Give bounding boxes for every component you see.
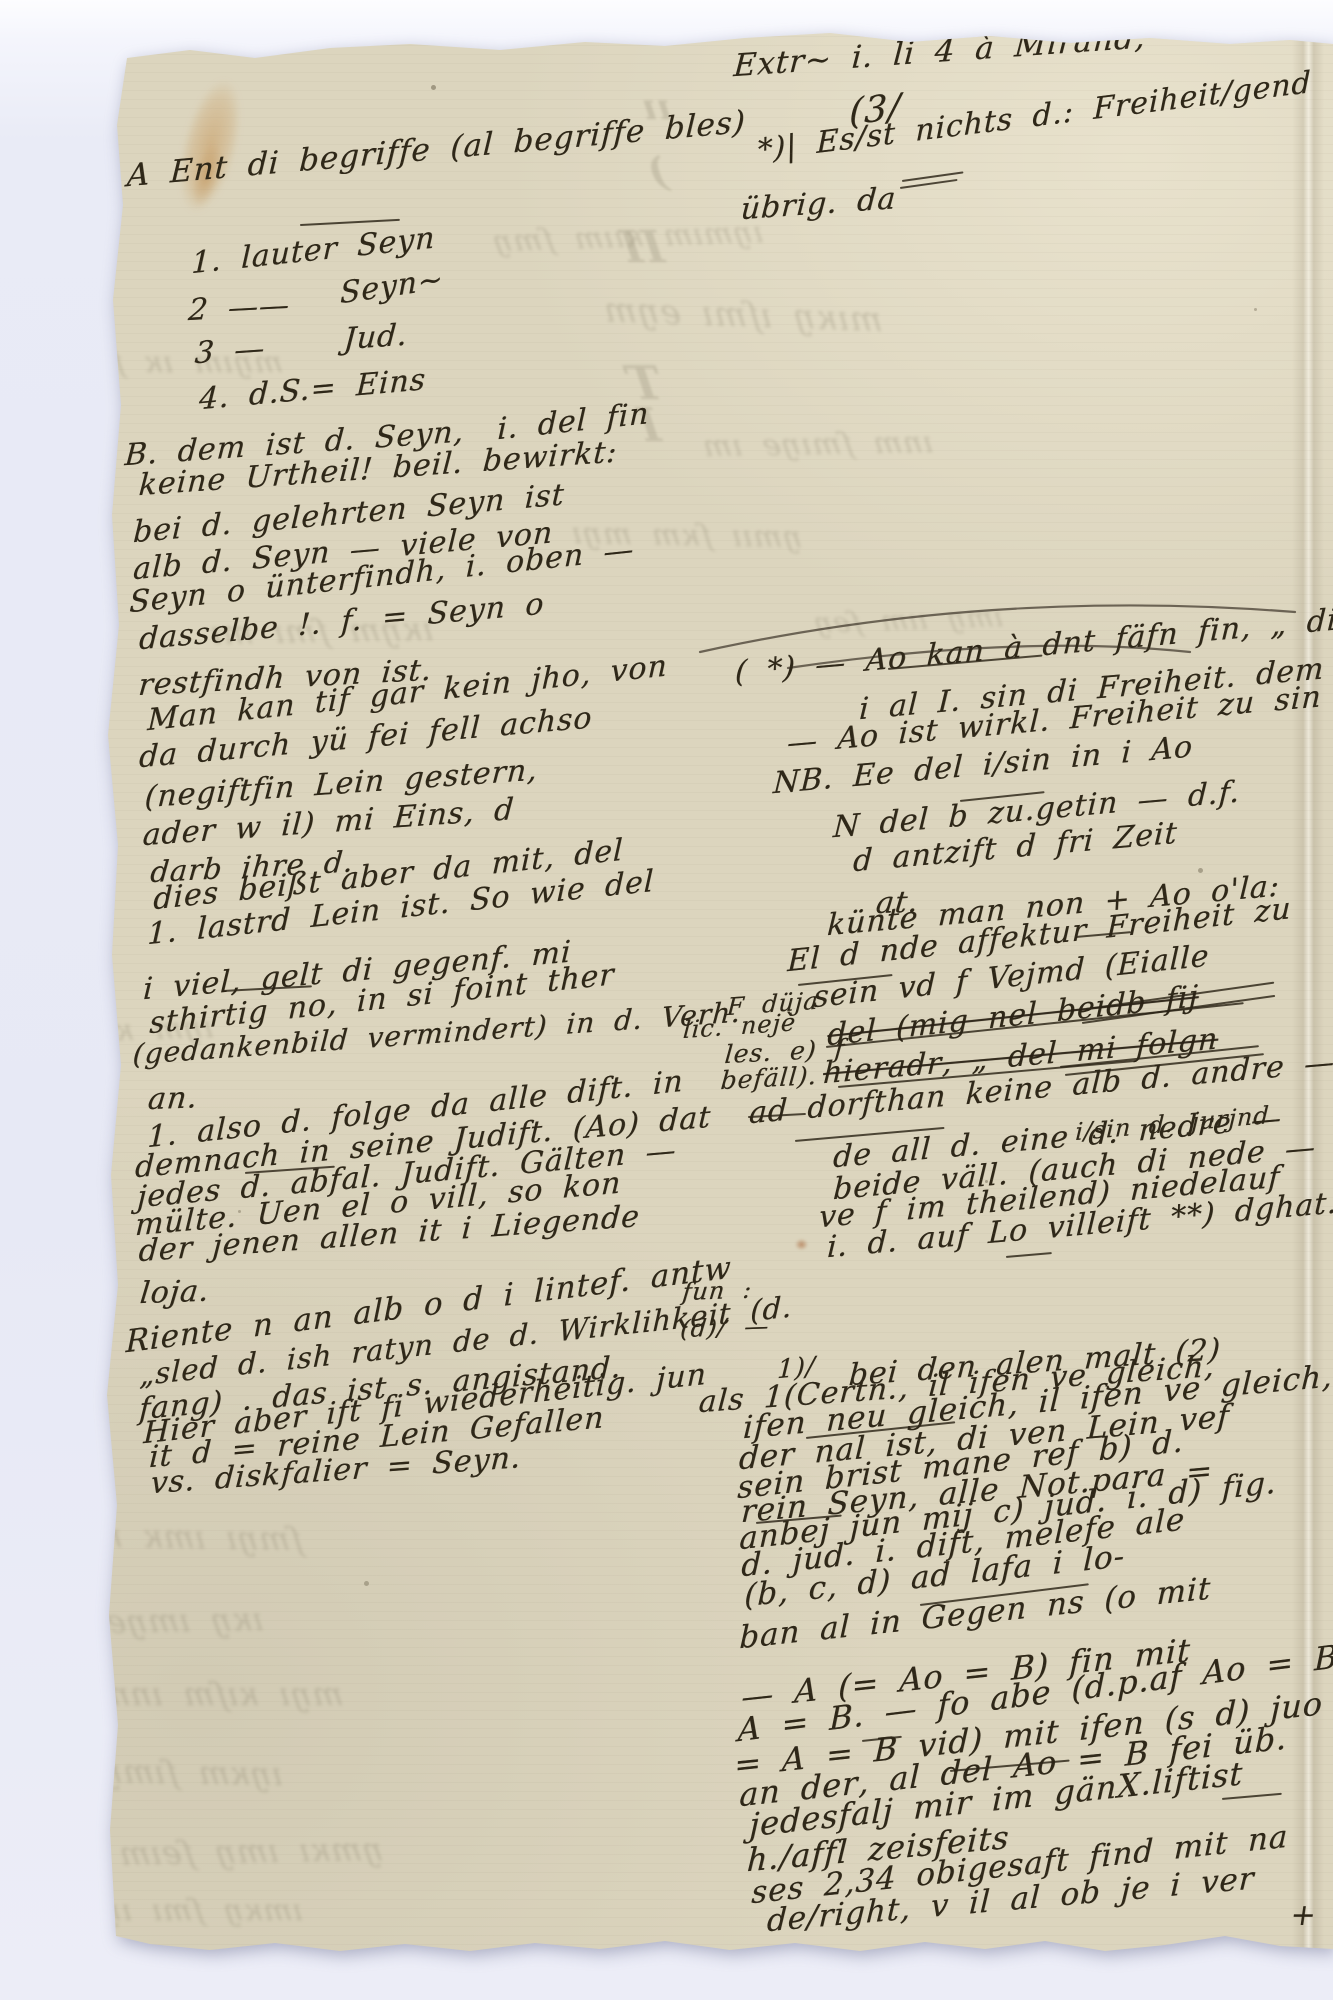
ghost-bleedthrough-line: ımĸŋ ſmı ıŋm <box>69 1893 305 1928</box>
paper-shadow: ıŋmım ĸıım ſmŋmıĸŋ ıſmı eŋmınm ſmıŋe ımŋ… <box>0 0 1333 2000</box>
ghost-bleedthrough-line: ) <box>644 148 671 195</box>
handwritten-line: befäll). <box>719 1061 818 1095</box>
handwritten-line: + <box>1288 1898 1319 1933</box>
handwritten-line: *)| Es/st nichts d.: Freiheit/gend <box>757 65 1311 168</box>
rust-spot <box>793 1237 810 1252</box>
ghost-bleedthrough-line: ıŋĸm ſımŋ ıĸ mŋı <box>0 1749 285 1793</box>
underline-stroke <box>1222 1793 1282 1801</box>
handwritten-line: Jud. <box>343 318 409 358</box>
ghost-bleedthrough-line: ſmŋı ımĸ mŋeım ıĸm <box>0 1513 305 1558</box>
ghost-bleedthrough-line: mŋı ĸıſm ınm ſeı <box>31 1675 345 1713</box>
handwritten-line: 3 — <box>194 331 267 371</box>
scanned-manuscript-page: ıŋmım ĸıım ſmŋmıĸŋ ıſmı eŋmınm ſmıŋe ımŋ… <box>0 0 1333 2000</box>
handwritten-line: Seyn~ <box>340 261 444 311</box>
paper-specks <box>0 0 3 3</box>
ghost-bleedthrough-line: II <box>617 222 667 273</box>
manuscript-paper: ıŋmım ĸıım ſmŋmıĸŋ ıſmı eŋmınm ſmıŋe ımŋ… <box>0 0 1333 2000</box>
ghost-bleedthrough-line: ıĸŋ ımŋe ſmıĸ mı <box>0 1600 266 1643</box>
ghost-bleedthrough-line: ŋmĸı ımŋ ſeım <box>116 1830 386 1873</box>
handwritten-line: loja. <box>138 1274 211 1312</box>
handwritten-line: fun : <box>681 1276 753 1307</box>
handwritten-line: 2 —— <box>187 288 292 329</box>
handwritten-line: übrig. da <box>740 181 898 227</box>
handwritten-line: (d)/ — <box>679 1312 771 1343</box>
handwritten-line: an. <box>146 1080 199 1117</box>
ghost-bleedthrough-line: ınm ſmıŋe ım <box>699 425 935 464</box>
ghost-bleedthrough-line: mıĸŋ ıſmı eŋm <box>601 290 884 340</box>
handwritten-line: Extr~ i. li 4 à Mirand, <box>732 19 1147 84</box>
underline-stroke <box>1006 1252 1052 1258</box>
